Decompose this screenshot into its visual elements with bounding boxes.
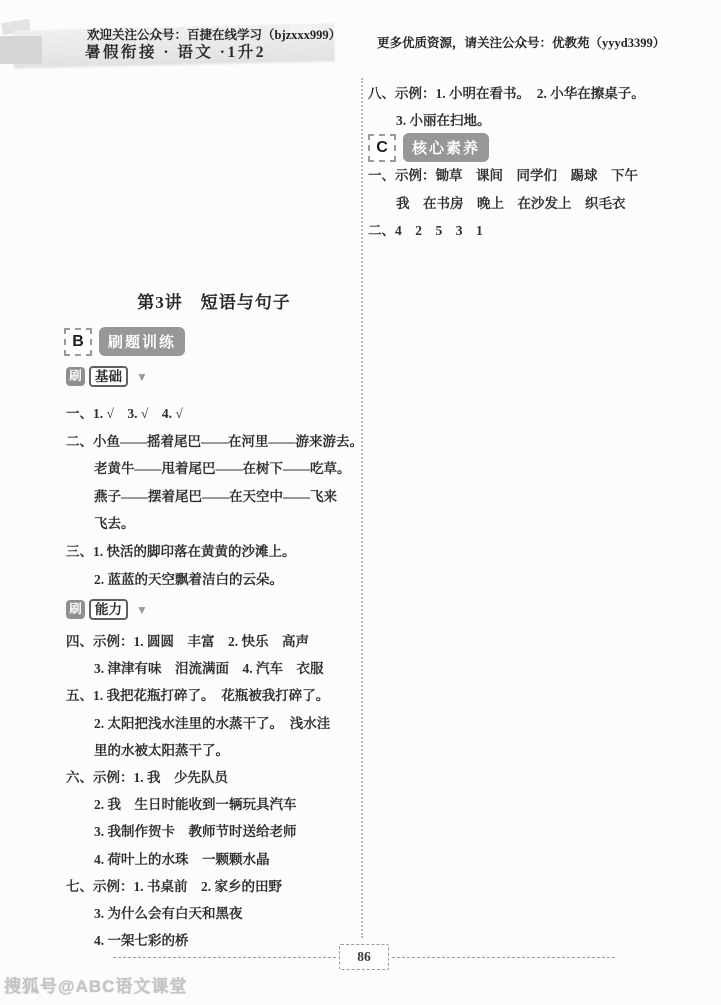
answer-line: 三、1. 快活的脚印落在黄黄的沙滩上。 — [66, 538, 363, 566]
triangle-down-icon: ▼ — [136, 370, 148, 384]
answer-line: 六、示例：1. 我 少先队员 — [66, 764, 330, 791]
watermark-text: 搜狐号@ABC语文课堂 — [4, 972, 187, 997]
answer-line: 里的水被太阳蒸干了。 — [66, 737, 330, 764]
ability-subsection-header: 刷 能力 ▼ — [66, 599, 148, 620]
answer-line: 八、示例：1. 小明在看书。 2. 小华在擦桌子。 — [368, 80, 645, 107]
answer-line: 3. 小丽在扫地。 — [368, 107, 645, 134]
basic-chip-label: 基础 — [89, 366, 128, 387]
basic-answer-block: 一、1. √ 3. √ 4. √ 二、小鱼——摇着尾巴——在河里——游来游去。 … — [66, 400, 363, 593]
answer-line: 2. 我 生日时能收到一辆玩具汽车 — [66, 791, 330, 818]
footer-dashed-rule-right — [392, 957, 615, 958]
answer-line: 飞去。 — [66, 510, 363, 538]
answer-line: 3. 我制作贺卡 教师节时送给老师 — [66, 818, 330, 845]
ability-chip-label: 能力 — [89, 599, 128, 620]
answer-line: 4. 荷叶上的水珠 一颗颗水晶 — [66, 846, 330, 873]
banner-title: 暑假衔接 · 语文 ·1升2 — [85, 40, 266, 62]
brush-chip-icon: 刷 — [66, 367, 85, 386]
answer-line: 3. 津津有味 泪流满面 4. 汽车 衣服 — [66, 655, 330, 682]
section-b-letter-box: B — [64, 328, 92, 356]
answer-line: 七、示例：1. 书桌前 2. 家乡的田野 — [66, 873, 330, 900]
page-footer: 86 — [113, 944, 615, 970]
section-b-header: B 刷题训练 — [64, 327, 185, 356]
answer-line: 五、1. 我把花瓶打碎了。 花瓶被我打碎了。 — [66, 682, 330, 709]
answer-line: 一、示例：锄草 课间 同学们 踢球 下午 — [368, 162, 638, 190]
answer-line: 3. 为什么会有白天和黑夜 — [66, 900, 330, 927]
answer-line: 老黄牛——甩着尾巴——在树下——吃草。 — [66, 455, 363, 483]
section-c-badge: 核心素养 — [403, 133, 489, 162]
footer-dashed-rule-left — [113, 957, 336, 958]
answer-line: 我 在书房 晚上 在沙发上 织毛衣 — [368, 190, 638, 218]
answer-line: 2. 太阳把浅水洼里的水蒸干了。 浅水洼 — [66, 710, 330, 737]
section-c-header: C 核心素养 — [368, 133, 489, 162]
answer-line: 四、示例：1. 圆圆 丰富 2. 快乐 高声 — [66, 628, 330, 655]
lesson-title: 第3讲 短语与句子 — [66, 288, 362, 313]
brush-chip-icon: 刷 — [66, 600, 85, 619]
section-eight-answer-block: 八、示例：1. 小明在看书。 2. 小华在擦桌子。 3. 小丽在扫地。 — [368, 80, 645, 134]
answer-line: 一、1. √ 3. √ 4. √ — [66, 400, 363, 428]
answer-line: 燕子——摆着尾巴——在天空中——飞来 — [66, 483, 363, 511]
section-c-letter-box: C — [368, 134, 396, 162]
workbook-page: 欢迎关注公众号：百捷在线学习（bjzxxx999） 暑假衔接 · 语文 ·1升2… — [0, 0, 721, 1005]
section-b-badge: 刷题训练 — [99, 327, 185, 356]
answer-line: 二、4 2 5 3 1 — [368, 217, 638, 245]
triangle-down-icon: ▼ — [136, 603, 148, 617]
answer-line: 二、小鱼——摇着尾巴——在河里——游来游去。 — [66, 428, 363, 456]
right-notice-text: 更多优质资源，请关注公众号：优教苑（yyyd3399） — [377, 33, 665, 51]
ribbon-left-block — [0, 36, 42, 64]
page-number: 86 — [339, 944, 389, 970]
answer-line: 2. 蓝蓝的天空飘着洁白的云朵。 — [66, 566, 363, 594]
ability-answer-block: 四、示例：1. 圆圆 丰富 2. 快乐 高声 3. 津津有味 泪流满面 4. 汽… — [66, 628, 330, 954]
basic-subsection-header: 刷 基础 ▼ — [66, 366, 148, 387]
core-literacy-answer-block: 一、示例：锄草 课间 同学们 踢球 下午 我 在书房 晚上 在沙发上 织毛衣 二… — [368, 162, 638, 245]
